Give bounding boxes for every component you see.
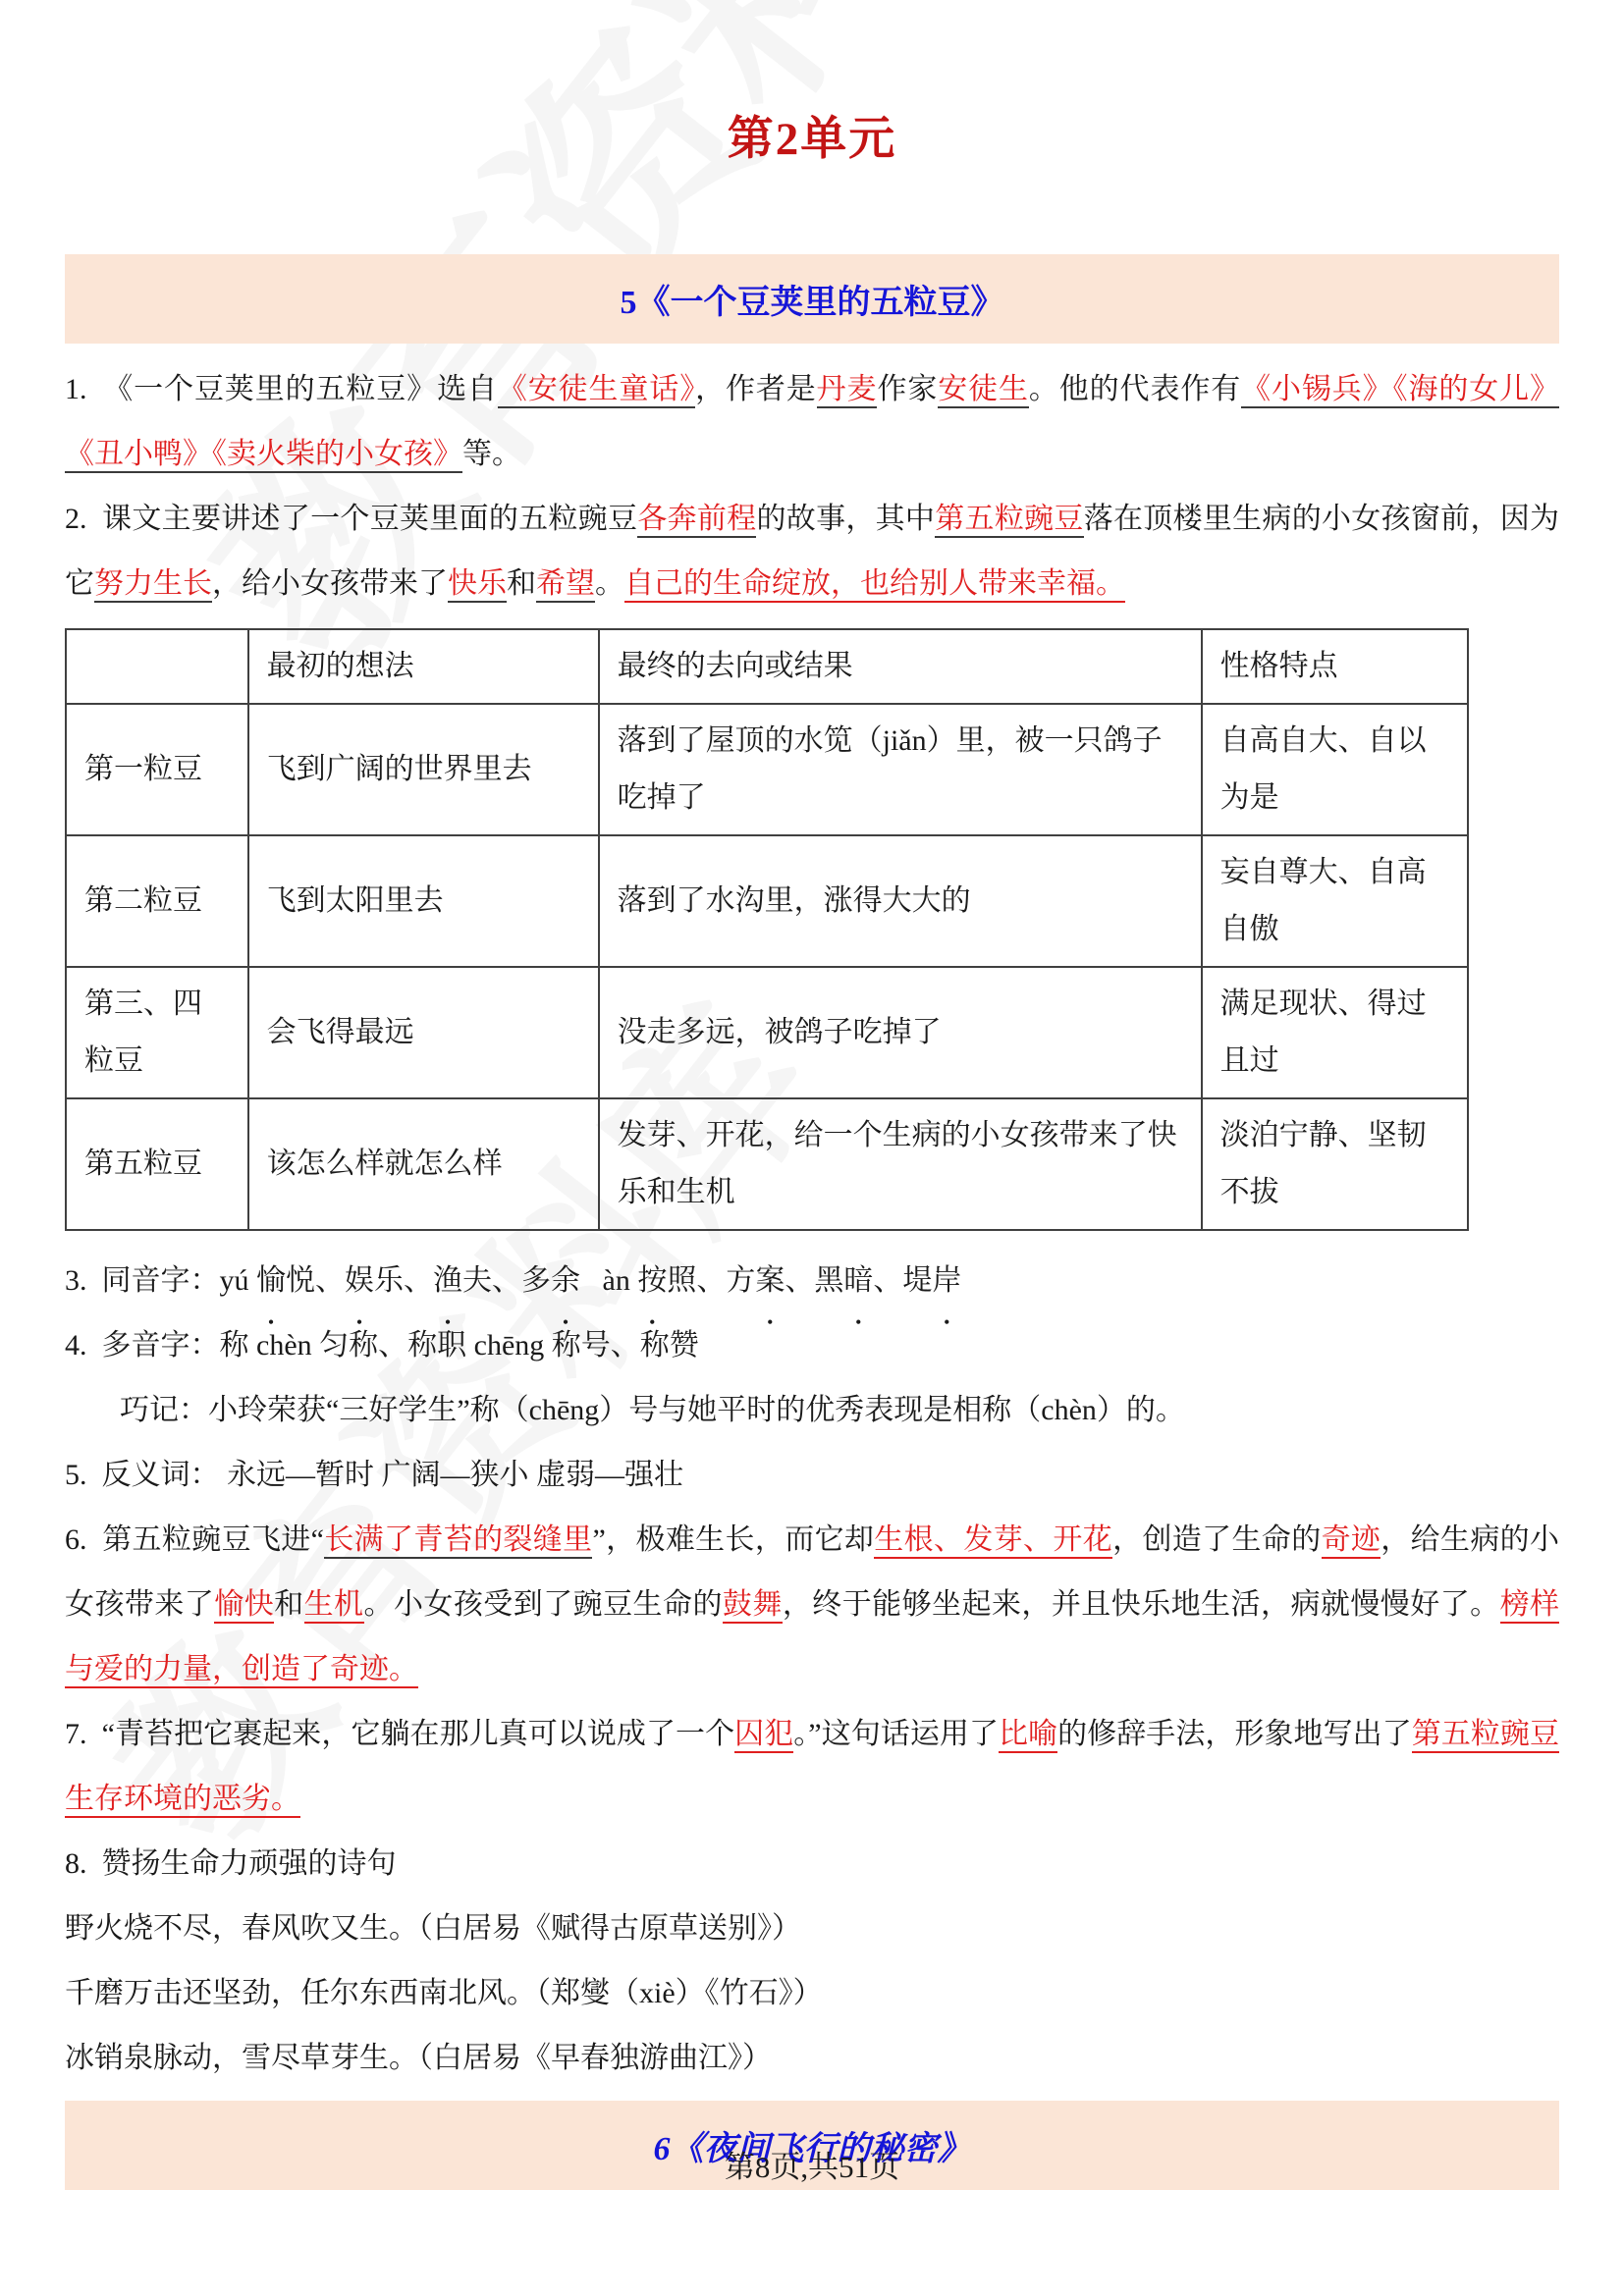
table-header-cell: 性格特点 <box>1202 629 1468 704</box>
body-text: ，创造了生命的 <box>1112 1523 1321 1556</box>
answer-text: 暗 <box>843 1249 873 1313</box>
paragraph: 2. 课文主要讲述了一个豆荚里面的五粒豌豆各奔前程的故事，其中第五粒豌豆落在顶楼… <box>65 487 1559 616</box>
lesson5-header-label: 5《一个豆荚里的五粒豆》 <box>621 285 1004 321</box>
table-cell: 没走多远，被鸽子吃掉了 <box>599 967 1202 1098</box>
answer-text: 囚犯 <box>734 1718 793 1753</box>
paragraph: 1. 《一个豆荚里的五粒豆》选自《安徒生童话》，作者是丹麦作家安徒生。他的代表作… <box>65 357 1559 487</box>
body-text: 、黑 <box>785 1264 843 1297</box>
body-text: 照、方 <box>667 1264 755 1297</box>
table-cell: 落到了水沟里，涨得大大的 <box>599 835 1202 967</box>
table-cell: 第三、四粒豆 <box>66 967 248 1098</box>
unit-title: 第2单元 <box>65 102 1559 168</box>
table-cell: 该怎么样就怎么样 <box>248 1098 599 1230</box>
answer-text: 娱 <box>345 1249 374 1313</box>
answer-text: 快乐 <box>448 567 507 603</box>
body-text: 4. 多音字：称 chèn 匀称、称职 chēng 称号、称赞 <box>65 1329 699 1362</box>
answer-text: 各奔前程 <box>637 503 756 538</box>
lesson5-intro-paragraphs: 1. 《一个豆荚里的五粒豆》选自《安徒生童话》，作者是丹麦作家安徒生。他的代表作… <box>65 357 1559 616</box>
table-cell: 飞到广阔的世界里去 <box>248 704 599 835</box>
answer-text: 第五粒豌豆 <box>935 503 1083 538</box>
peas-table-body: 第一粒豆飞到广阔的世界里去落到了屋顶的水笕（jiǎn）里，被一只鸽子吃掉了自高自… <box>66 704 1468 1230</box>
body-text: 1. 《一个豆荚里的五粒豆》选自 <box>65 373 498 405</box>
table-row: 第二粒豆飞到太阳里去落到了水沟里，涨得大大的妄自尊大、自高自傲 <box>66 835 1468 967</box>
body-text: 巧记：小玲荣获“三好学生”称（chēng）号与她平时的优秀表现是相称（chèn）… <box>120 1394 1185 1426</box>
table-cell: 自高自大、自以为是 <box>1202 704 1468 835</box>
table-header-cell <box>66 629 248 704</box>
answer-text: 奇迹 <box>1322 1523 1381 1559</box>
paragraph: 冰销泉脉动，雪尽草芽生。（白居易《早春独游曲江》） <box>65 2026 1559 2091</box>
page: 第2单元 5《一个豆荚里的五粒豆》 1. 《一个豆荚里的五粒豆》选自《安徒生童话… <box>0 0 1624 2190</box>
table-cell: 发芽、开花，给一个生病的小女孩带来了快乐和生机 <box>599 1098 1202 1230</box>
table-cell: 妄自尊大、自高自傲 <box>1202 835 1468 967</box>
answer-text: 长满了青苔的裂缝里 <box>324 1523 593 1559</box>
body-text: 3. 同音字：yú <box>65 1264 256 1297</box>
page-footer: 第8页,共51页 <box>0 2142 1624 2186</box>
body-text: 作家 <box>877 373 938 405</box>
table-cell: 第五粒豆 <box>66 1098 248 1230</box>
answer-text: 生根、发芽、开花 <box>874 1523 1112 1559</box>
body-text: 5. 反义词： 永远—暂时 广阔—狭小 虚弱—强壮 <box>65 1459 683 1491</box>
body-text: 乐、 <box>374 1264 433 1297</box>
body-text: 冰销泉脉动，雪尽草芽生。（白居易《早春独游曲江》） <box>65 2042 772 2074</box>
body-text: 千磨万击还坚劲，任尔东西南北风。（郑燮（xiè）《竹石》） <box>65 1977 823 2009</box>
table-header-cell: 最初的想法 <box>248 629 599 704</box>
body-text: ，给小女孩带来了 <box>212 567 448 600</box>
peas-table-head: 最初的想法最终的去向或结果性格特点 <box>66 629 1468 704</box>
body-text: 。”这句话运用了 <box>793 1718 999 1750</box>
body-text: 的修辞手法，形象地写出了 <box>1057 1718 1412 1750</box>
paragraph: 6. 第五粒豌豆飞进“长满了青苔的裂缝里”，极难生长，而它却生根、发芽、开花，创… <box>65 1508 1559 1702</box>
body-text: 夫、多 <box>462 1264 551 1297</box>
answer-text: 丹麦 <box>817 373 878 408</box>
paragraph: 7. “青苔把它裹起来，它躺在那儿真可以说成了一个囚犯。”这句话运用了比喻的修辞… <box>65 1702 1559 1832</box>
body-text: 、堤 <box>873 1264 932 1297</box>
body-text: 。小女孩受到了豌豆生命的 <box>364 1588 723 1621</box>
answer-text: 生机 <box>304 1588 364 1624</box>
body-text: 2. 课文主要讲述了一个豆荚里面的五粒豌豆 <box>65 503 637 535</box>
answer-text: 愉快 <box>214 1588 274 1624</box>
peas-table: 最初的想法最终的去向或结果性格特点 第一粒豆飞到广阔的世界里去落到了屋顶的水笕（… <box>65 628 1469 1231</box>
answer-text: 努力生长 <box>94 567 212 603</box>
body-text: ”，极难生长，而它却 <box>592 1523 874 1556</box>
answer-text: 按 <box>637 1249 667 1313</box>
table-cell: 第一粒豆 <box>66 704 248 835</box>
paragraph: 野火烧不尽，春风吹又生。（白居易《赋得古原草送别》） <box>65 1896 1559 1961</box>
paragraph: 3. 同音字：yú 愉悦、娱乐、渔夫、多余 àn 按照、方案、黑暗、堤岸 <box>65 1249 1559 1313</box>
table-header-cell: 最终的去向或结果 <box>599 629 1202 704</box>
body-text: ，作者是 <box>695 373 817 405</box>
answer-text: 愉 <box>256 1249 286 1313</box>
table-cell: 淡泊宁静、坚韧不拔 <box>1202 1098 1468 1230</box>
lesson5-notes-paragraphs: 3. 同音字：yú 愉悦、娱乐、渔夫、多余 àn 按照、方案、黑暗、堤岸4. 多… <box>65 1249 1559 2091</box>
table-row: 第三、四粒豆会飞得最远没走多远，被鸽子吃掉了满足现状、得过且过 <box>66 967 1468 1098</box>
body-text: ，终于能够坐起来，并且快乐地生活，病就慢慢好了。 <box>783 1588 1500 1621</box>
body-text: 悦、 <box>286 1264 345 1297</box>
body-text: 的故事，其中 <box>756 503 935 535</box>
answer-text: 渔 <box>433 1249 462 1313</box>
table-cell: 第二粒豆 <box>66 835 248 967</box>
body-text: 。他的代表作有 <box>1029 373 1241 405</box>
answer-text: 鼓舞 <box>723 1588 783 1624</box>
answer-text: 希望 <box>536 567 595 603</box>
body-text: 。 <box>595 567 624 600</box>
body-text: 等。 <box>462 438 521 470</box>
paragraph: 千磨万击还坚劲，任尔东西南北风。（郑燮（xiè）《竹石》） <box>65 1961 1559 2026</box>
lesson5-header-band: 5《一个豆荚里的五粒豆》 <box>65 254 1559 344</box>
body-text: 6. 第五粒豌豆飞进“ <box>65 1523 324 1556</box>
body-text: 8. 赞扬生命力顽强的诗句 <box>65 1847 397 1880</box>
table-cell: 会飞得最远 <box>248 967 599 1098</box>
body-text: àn <box>580 1264 637 1297</box>
table-header-row: 最初的想法最终的去向或结果性格特点 <box>66 629 1468 704</box>
paragraph: 8. 赞扬生命力顽强的诗句 <box>65 1832 1559 1896</box>
answer-text: 余 <box>551 1249 580 1313</box>
table-row: 第五粒豆该怎么样就怎么样发芽、开花，给一个生病的小女孩带来了快乐和生机淡泊宁静、… <box>66 1098 1468 1230</box>
body-text: 和 <box>507 567 536 600</box>
table-row: 第一粒豆飞到广阔的世界里去落到了屋顶的水笕（jiǎn）里，被一只鸽子吃掉了自高自… <box>66 704 1468 835</box>
paragraph: 4. 多音字：称 chèn 匀称、称职 chēng 称号、称赞 <box>65 1313 1559 1378</box>
answer-text: 自己的生命绽放，也给别人带来幸福。 <box>624 567 1125 603</box>
paragraph: 巧记：小玲荣获“三好学生”称（chēng）号与她平时的优秀表现是相称（chèn）… <box>65 1378 1559 1443</box>
answer-text: 岸 <box>932 1249 961 1313</box>
answer-text: 安徒生 <box>938 373 1029 408</box>
table-cell: 落到了屋顶的水笕（jiǎn）里，被一只鸽子吃掉了 <box>599 704 1202 835</box>
table-cell: 满足现状、得过且过 <box>1202 967 1468 1098</box>
body-text: 和 <box>274 1588 303 1621</box>
answer-text: 比喻 <box>999 1718 1057 1753</box>
answer-text: 《安徒生童话》 <box>498 373 695 408</box>
body-text: 7. “青苔把它裹起来，它躺在那儿真可以说成了一个 <box>65 1718 734 1750</box>
answer-text: 案 <box>755 1249 785 1313</box>
paragraph: 5. 反义词： 永远—暂时 广阔—狭小 虚弱—强壮 <box>65 1443 1559 1508</box>
body-text: 野火烧不尽，春风吹又生。（白居易《赋得古原草送别》） <box>65 1912 801 1945</box>
table-cell: 飞到太阳里去 <box>248 835 599 967</box>
